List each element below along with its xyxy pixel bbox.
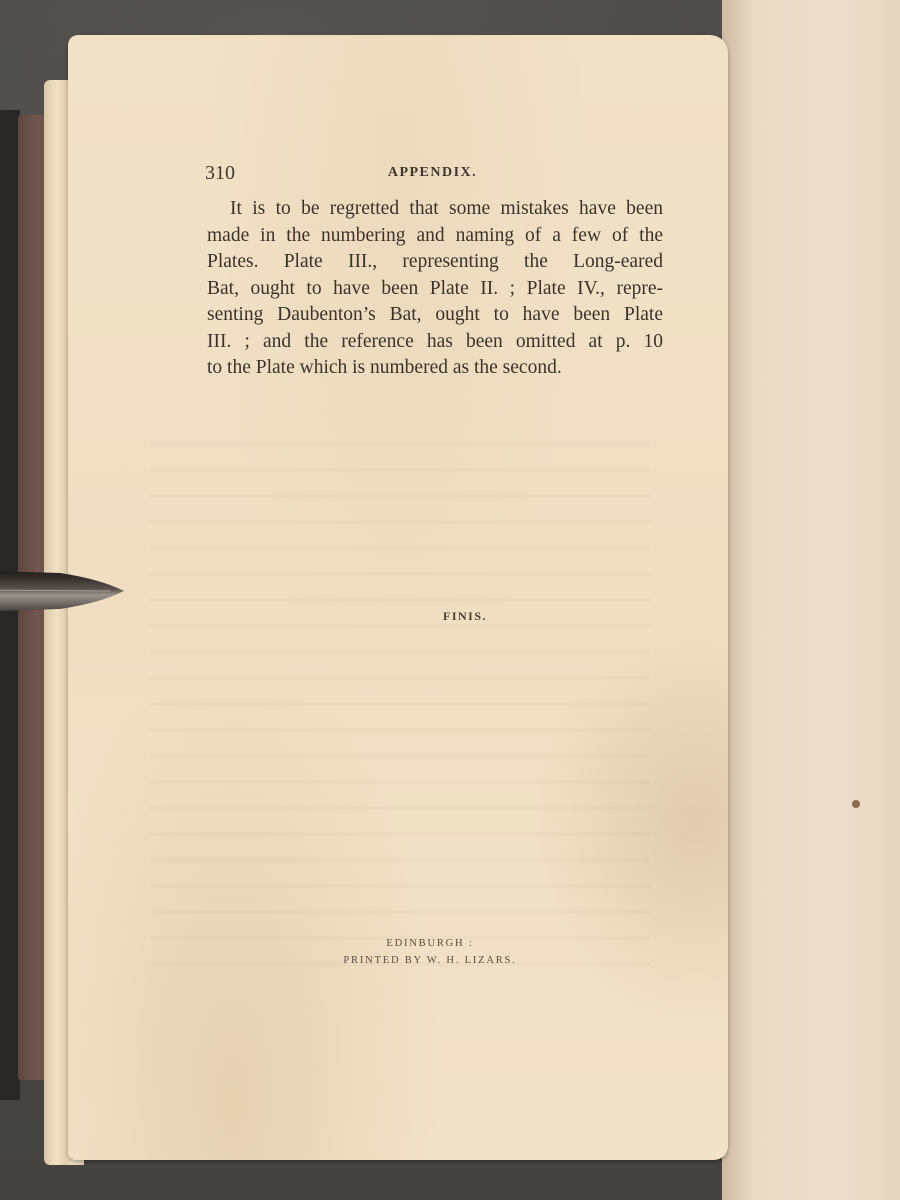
paragraph-line: Bat, ought to have been Plate II. ; Plat… xyxy=(207,276,663,303)
facing-page xyxy=(722,0,900,1200)
paragraph-line: It is to be regretted that some mistakes… xyxy=(207,196,663,223)
paragraph-line: Plates. Plate III., representing the Lon… xyxy=(207,249,663,276)
errata-paragraph: It is to be regretted that some mistakes… xyxy=(207,196,663,382)
pen-pointer-icon xyxy=(0,563,126,619)
running-head: 310 APPENDIX. xyxy=(205,162,660,186)
paragraph-line: III. ; and the reference has been omitte… xyxy=(207,329,663,356)
imprint-city: EDINBURGH : xyxy=(300,935,560,952)
paragraph-line: senting Daubenton’s Bat, ought to have b… xyxy=(207,302,663,329)
foxing-spot xyxy=(852,800,860,808)
paragraph-line: made in the numbering and naming of a fe… xyxy=(207,223,663,250)
paragraph-line: to the Plate which is numbered as the se… xyxy=(207,355,663,382)
section-title: APPENDIX. xyxy=(205,165,660,181)
printer-imprint: EDINBURGH : PRINTED BY W. H. LIZARS. xyxy=(300,935,560,969)
finis-label: FINIS. xyxy=(0,609,900,624)
imprint-printer: PRINTED BY W. H. LIZARS. xyxy=(300,952,560,969)
